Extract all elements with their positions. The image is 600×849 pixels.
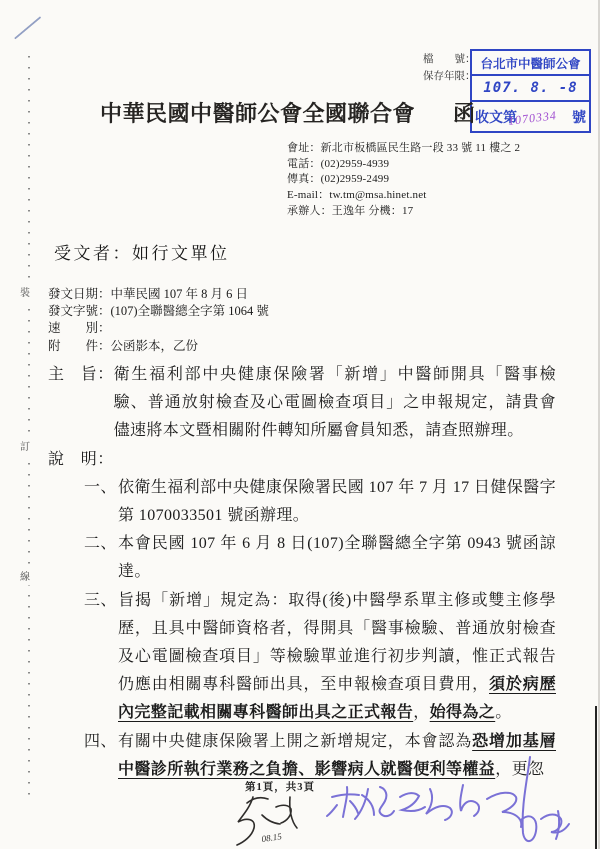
item-segment: 本會民國 107 年 6 月 8 日(107)全聯醫總全字第 0943 號函諒達… [118,535,556,580]
contact-block: 會址：新北市板橋區民生路一段 33 號 11 樓之 2 電話：(02)2959-… [287,141,520,220]
document-meta: 發文日期：中華民國 107 年 8 月 6 日 發文字號：(107)全聯醫總全字… [48,286,269,355]
file-number-label: 檔 號： [423,51,476,68]
meta-issue-date-label: 發文日期： [48,287,111,301]
item-text: 旨揭「新增」規定為：取得(後)中醫學系單主修或雙主修學歷，且具中醫師資格者，得開… [118,587,556,728]
meta-attachment-value: 公函影本，乙份 [111,339,199,353]
meta-attachment-label: 附 件： [48,339,111,353]
contact-address: 會址：新北市板橋區民生路一段 33 號 11 樓之 2 [287,141,520,157]
document-type: 函 [453,97,476,128]
meta-priority: 速 別： [48,320,269,337]
binding-dotted-line [28,56,30,804]
item-text: 本會民國 107 年 6 月 8 日(107)全聯醫總全字第 0943 號函諒達… [118,530,556,586]
stamp-received-row: 收文第 1070334 號 [472,102,589,131]
file-number-block: 檔 號： 保存年限： [423,51,476,85]
meta-issue-date: 發文日期：中華民國 107 年 8 月 6 日 [48,286,269,303]
received-stamp: 台北市中醫師公會 107. 8. -8 收文第 1070334 號 [470,49,591,133]
binding-mark-ding: 訂 [20,436,30,455]
item-segment: 依衛生福利部中央健康保險署民國 107 年 7 月 17 日健保醫字第 1070… [118,479,556,524]
scanned-official-letter: 裝 訂 線 檔 號： 保存年限： 台北市中醫師公會 107. 8. -8 收文第… [0,0,600,849]
letter-body: 主 旨： 衛生福利部中央健康保險署「新增」中醫師開具「醫事檢驗、普通放射檢查及心… [48,361,556,784]
recipient-line: 受文者：如行文單位 [54,239,230,264]
scan-edge-dark [595,706,598,849]
contact-email: E-mail：tw.tm@msa.hinet.net [287,188,520,204]
stamp-received-suffix: 號 [572,107,586,127]
handwritten-annotations: 08.15 [0,745,600,849]
meta-priority-label: 速 別： [48,321,111,335]
binding-mark-xian: 線 [20,566,30,585]
document-title-row: 中華民國中醫師公會全國聯合會 函 [100,97,476,128]
meta-attachment: 附 件：公函影本，乙份 [48,338,269,355]
explanation-item-2: 二、 本會民國 107 年 6 月 8 日(107)全聯醫總全字第 0943 號… [84,530,556,586]
stamp-date: 107. 8. -8 [472,76,589,102]
item-number: 一、 [84,474,118,530]
handwritten-note-blue [327,757,569,841]
recipient-value: 如行文單位 [132,244,230,263]
meta-doc-number: 發文字號：(107)全聯醫總全字第 1064 號 [48,303,269,320]
item-segment: ， [413,704,429,721]
item-text: 依衛生福利部中央健康保險署民國 107 年 7 月 17 日健保醫字第 1070… [118,474,556,530]
contact-agent: 承辦人：王逸年 分機：17 [287,204,520,220]
recipient-label: 受文者： [54,244,132,263]
subject-text: 衛生福利部中央健康保險署「新增」中醫師開具「醫事檢驗、普通放射檢查及心電圖檢查項… [114,361,556,446]
meta-doc-number-value: (107)全聯醫總全字第 1064 號 [111,304,269,318]
explanation-item-3: 三、 旨揭「新增」規定為：取得(後)中醫學系單主修或雙主修學歷，且具中醫師資格者… [84,587,556,728]
subject-label: 主 旨： [48,361,114,446]
item-number: 二、 [84,530,118,586]
binding-mark-zhuang: 裝 [20,282,30,301]
item-segment-emphasized: 始得為之 [430,704,496,721]
meta-doc-number-label: 發文字號： [48,304,111,318]
organization-title: 中華民國中醫師公會全國聯合會 [100,97,415,128]
contact-fax: 傳真：(02)2959-2499 [287,172,520,188]
signature-black-date: 08.15 [261,831,283,844]
explanation-item-1: 一、 依衛生福利部中央健康保險署民國 107 年 7 月 17 日健保醫字第 1… [84,474,556,530]
item-segment: 。 [495,704,511,721]
item-number: 三、 [84,587,118,728]
retention-period-label: 保存年限： [423,68,476,85]
subject-row: 主 旨： 衛生福利部中央健康保險署「新增」中醫師開具「醫事檢驗、普通放射檢查及心… [48,361,556,446]
contact-phone: 電話：(02)2959-4939 [287,157,520,173]
stamp-organization: 台北市中醫師公會 [472,51,589,76]
meta-issue-date-value: 中華民國 107 年 8 月 6 日 [111,287,249,301]
corner-pen-slash [14,16,41,39]
explanation-label: 說 明： [48,446,556,474]
